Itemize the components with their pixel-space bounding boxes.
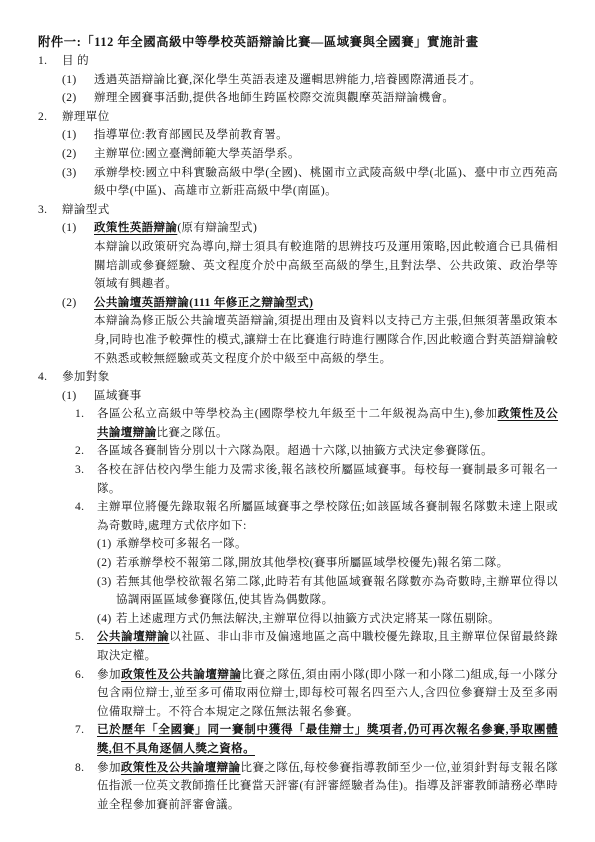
emphasized-text: 已於歷年「全國賽」同一賽制中獲得「最佳辯士」獎項者,仍可再次報名參賽,爭取團體獎…: [97, 724, 558, 755]
list-marker: (2): [62, 145, 94, 164]
document-page: 附件一:「112 年全國高級中等學校英語辯論比賽—區域賽與全國賽」實施計畫 1.…: [0, 0, 595, 842]
list-marker: 5.: [75, 628, 97, 647]
line-text: 公共論壇英語辯論(111 年修正之辯論型式): [94, 294, 558, 313]
item-4-1-7: 7.已於歷年「全國賽」同一賽制中獲得「最佳辯士」獎項者,仍可再次報名參賽,爭取團…: [0, 721, 558, 758]
text-segment: 辦理單位: [62, 111, 110, 123]
text-segment: 指導單位:教育部國民及學前教育署。: [94, 129, 288, 141]
line-text: 各校在評估校內學生能力及需求後,報名該校所屬區域賽事。每校每一賽制最多可報名一隊…: [97, 461, 558, 498]
emphasized-text: 政策性及公共論壇辯論: [121, 762, 241, 774]
list-marker: (1): [62, 219, 94, 238]
line-text: 主辦單位:國立臺灣師範大學英語學系。: [94, 145, 558, 164]
list-marker: 2.: [38, 108, 62, 127]
item-2-2: (2)主辦單位:國立臺灣師範大學英語學系。: [0, 145, 558, 164]
list-marker: (4): [97, 610, 116, 629]
text-segment: 比賽之隊伍。: [157, 427, 228, 439]
item-4-1-heading: (1)區域賽事: [0, 387, 558, 406]
text-segment: 若承辦學校不報第二隊,開放其他學校(賽事所屬區域學校優先)報名第二隊。: [116, 557, 509, 569]
list-marker: 1.: [38, 52, 62, 71]
emphasized-text: 政策性英語辯論: [94, 222, 177, 234]
line-text: 已於歷年「全國賽」同一賽制中獲得「最佳辯士」獎項者,仍可再次報名參賽,爭取團體獎…: [97, 721, 558, 758]
line-text: 若上述處理方式仍無法解決,主辦單位得以抽籤方式決定將某一隊伍剔除。: [116, 610, 558, 629]
list-marker: 3.: [38, 201, 62, 220]
list-marker: (2): [97, 554, 116, 573]
item-2-1: (1)指導單位:教育部國民及學前教育署。: [0, 126, 558, 145]
emphasized-text: 公共論壇英語辯論(111 年修正之辯論型式): [94, 297, 313, 309]
line-text: 指導單位:教育部國民及學前教育署。: [94, 126, 558, 145]
line-text: 各區公私立高級中等學校為主(國際學校九年級至十二年級視為高中生),參加政策性及公…: [97, 405, 558, 442]
item-1-2: (2)辦理全國賽事活動,提供各地師生跨區校際交流與觀摩英語辯論機會。: [0, 89, 558, 108]
item-3-2-heading: (2)公共論壇英語辯論(111 年修正之辯論型式): [0, 294, 558, 313]
section-4-heading: 4.參加對象: [0, 368, 558, 387]
list-marker: (1): [62, 387, 94, 406]
list-marker: 4.: [38, 368, 62, 387]
list-marker: 3.: [75, 461, 97, 480]
text-segment: 本辯論以政策研究為導向,辯士須具有較進階的思辨技巧及運用策略,因此較適合已具備相…: [94, 241, 558, 290]
text-segment: (原有辯論型式): [177, 222, 257, 234]
line-text: 本辯論為修正版公共論壇英語辯論,須提出理由及資料以支持己方主張,但無須著墨政策本…: [94, 312, 558, 368]
section-2-heading: 2.辦理單位: [0, 108, 558, 127]
document-body: 1.目 的(1)透過英語辯論比賽,深化學生英語表達及邏輯思辨能力,培養國際溝通長…: [0, 52, 595, 814]
list-marker: (1): [62, 71, 94, 90]
document-title: 附件一:「112 年全國高級中等學校英語辯論比賽—區域賽與全國賽」實施計畫: [0, 0, 595, 52]
item-2-3: (3)承辦學校:國立中科實驗高級中學(全國)、桃園市立武陵高級中學(北區)、臺中…: [0, 164, 558, 201]
line-text: 承辦學校可多報名一隊。: [116, 535, 558, 554]
line-text: 參加對象: [62, 368, 558, 387]
item-3-2-body: 本辯論為修正版公共論壇英語辯論,須提出理由及資料以支持己方主張,但無須著墨政策本…: [0, 312, 558, 368]
line-text: 若承辦學校不報第二隊,開放其他學校(賽事所屬區域學校優先)報名第二隊。: [116, 554, 558, 573]
line-text: 辦理單位: [62, 108, 558, 127]
text-segment: 目 的: [62, 55, 89, 67]
line-text: 各區域各賽制皆分別以十六隊為限。超過十六隊,以抽籤方式決定參賽隊伍。: [97, 442, 558, 461]
text-segment: 各區公私立高級中等學校為主(國際學校九年級至十二年級視為高中生),參加: [97, 408, 498, 420]
section-3-heading: 3.辯論型式: [0, 201, 558, 220]
text-segment: 若上述處理方式仍無法解決,主辦單位得以抽籤方式決定將某一隊伍剔除。: [116, 613, 500, 625]
item-4-1-4-4: (4)若上述處理方式仍無法解決,主辦單位得以抽籤方式決定將某一隊伍剔除。: [0, 610, 558, 629]
text-segment: 各區域各賽制皆分別以十六隊為限。超過十六隊,以抽籤方式決定參賽隊伍。: [97, 445, 493, 457]
line-text: 本辯論以政策研究為導向,辯士須具有較進階的思辨技巧及運用策略,因此較適合已具備相…: [94, 238, 558, 294]
list-marker: (3): [97, 573, 116, 592]
text-segment: 主辦單位將優先錄取報名所屬區域賽事之學校隊伍;如該區域各賽制報名隊數未達上限或為…: [97, 501, 558, 532]
text-segment: 辯論型式: [62, 204, 110, 216]
line-text: 若無其他學校欲報名第二隊,此時若有其他區域賽報名隊數亦為奇數時,主辦單位得以協調…: [116, 573, 558, 610]
item-4-1-4-3: (3)若無其他學校欲報名第二隊,此時若有其他區域賽報名隊數亦為奇數時,主辦單位得…: [0, 573, 558, 610]
text-segment: 若無其他學校欲報名第二隊,此時若有其他區域賽報名隊數亦為奇數時,主辦單位得以協調…: [116, 576, 558, 607]
line-text: 參加政策性及公共論壇辯論比賽之隊伍,須由兩小隊(即小隊一和小隊二)組成,每一小隊…: [97, 666, 558, 722]
text-segment: 區域賽事: [94, 390, 142, 402]
text-segment: 承辦學校:國立中科實驗高級中學(全國)、桃園市立武陵高級中學(北區)、臺中市立西…: [94, 167, 558, 198]
text-segment: 本辯論為修正版公共論壇英語辯論,須提出理由及資料以支持己方主張,但無須著墨政策本…: [94, 315, 558, 364]
item-4-1-6: 6.參加政策性及公共論壇辯論比賽之隊伍,須由兩小隊(即小隊一和小隊二)組成,每一…: [0, 666, 558, 722]
list-marker: 8.: [75, 759, 97, 778]
item-4-1-2: 2.各區域各賽制皆分別以十六隊為限。超過十六隊,以抽籤方式決定參賽隊伍。: [0, 442, 558, 461]
item-4-1-5: 5.公共論壇辯論以社區、非山非市及偏遠地區之高中職校優先錄取,且主辦單位保留最終…: [0, 628, 558, 665]
text-segment: 參加: [97, 762, 121, 774]
text-segment: 透過英語辯論比賽,深化學生英語表達及邏輯思辨能力,培養國際溝通長才。: [94, 74, 481, 86]
text-segment: 參加: [97, 669, 121, 681]
text-segment: 參加對象: [62, 371, 110, 383]
text-segment: 主辦單位:國立臺灣師範大學英語學系。: [94, 148, 300, 160]
line-text: 辦理全國賽事活動,提供各地師生跨區校際交流與觀摩英語辯論機會。: [94, 89, 558, 108]
item-3-1-body: 本辯論以政策研究為導向,辯士須具有較進階的思辨技巧及運用策略,因此較適合已具備相…: [0, 238, 558, 294]
item-4-1-4-1: (1)承辦學校可多報名一隊。: [0, 535, 558, 554]
item-4-1-1: 1.各區公私立高級中等學校為主(國際學校九年級至十二年級視為高中生),參加政策性…: [0, 405, 558, 442]
item-4-1-8: 8.參加政策性及公共論壇辯論比賽之隊伍,每校參賽指導教師至少一位,並須針對每支報…: [0, 759, 558, 815]
list-marker: (3): [62, 164, 94, 183]
line-text: 承辦學校:國立中科實驗高級中學(全國)、桃園市立武陵高級中學(北區)、臺中市立西…: [94, 164, 558, 201]
list-marker: 2.: [75, 442, 97, 461]
line-text: 透過英語辯論比賽,深化學生英語表達及邏輯思辨能力,培養國際溝通長才。: [94, 71, 558, 90]
list-marker: (1): [62, 126, 94, 145]
item-3-1-heading: (1)政策性英語辯論(原有辯論型式): [0, 219, 558, 238]
line-text: 主辦單位將優先錄取報名所屬區域賽事之學校隊伍;如該區域各賽制報名隊數未達上限或為…: [97, 498, 558, 535]
item-4-1-4: 4.主辦單位將優先錄取報名所屬區域賽事之學校隊伍;如該區域各賽制報名隊數未達上限…: [0, 498, 558, 535]
list-marker: 4.: [75, 498, 97, 517]
list-marker: 6.: [75, 666, 97, 685]
line-text: 政策性英語辯論(原有辯論型式): [94, 219, 558, 238]
text-segment: 各校在評估校內學生能力及需求後,報名該校所屬區域賽事。每校每一賽制最多可報名一隊…: [97, 464, 558, 495]
item-4-1-4-2: (2)若承辦學校不報第二隊,開放其他學校(賽事所屬區域學校優先)報名第二隊。: [0, 554, 558, 573]
text-segment: 辦理全國賽事活動,提供各地師生跨區校際交流與觀摩英語辯論機會。: [94, 92, 454, 104]
list-marker: 7.: [75, 721, 97, 740]
list-marker: (2): [62, 294, 94, 313]
line-text: 辯論型式: [62, 201, 558, 220]
list-marker: (2): [62, 89, 94, 108]
line-text: 參加政策性及公共論壇辯論比賽之隊伍,每校參賽指導教師至少一位,並須針對每支報名隊…: [97, 759, 558, 815]
section-1-heading: 1.目 的: [0, 52, 558, 71]
item-4-1-3: 3.各校在評估校內學生能力及需求後,報名該校所屬區域賽事。每校每一賽制最多可報名…: [0, 461, 558, 498]
text-segment: 承辦學校可多報名一隊。: [116, 538, 247, 550]
list-marker: (1): [97, 535, 116, 554]
list-marker: 1.: [75, 405, 97, 424]
item-1-1: (1)透過英語辯論比賽,深化學生英語表達及邏輯思辨能力,培養國際溝通長才。: [0, 71, 558, 90]
emphasized-text: 公共論壇辯論: [97, 631, 169, 643]
line-text: 區域賽事: [94, 387, 558, 406]
emphasized-text: 政策性及公共論壇辯論: [121, 669, 241, 681]
line-text: 公共論壇辯論以社區、非山非市及偏遠地區之高中職校優先錄取,且主辦單位保留最終錄取…: [97, 628, 558, 665]
line-text: 目 的: [62, 52, 558, 71]
